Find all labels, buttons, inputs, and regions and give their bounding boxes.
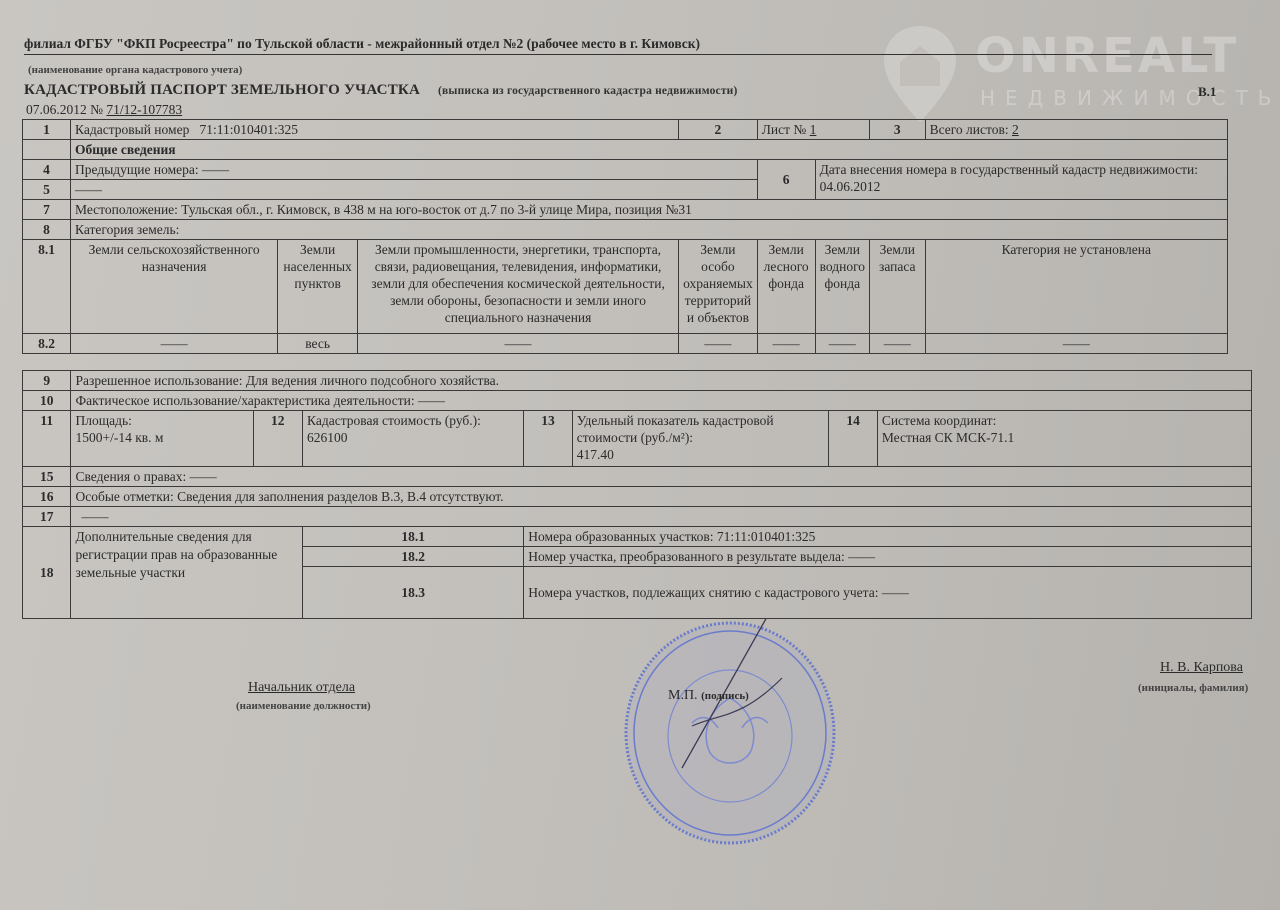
organization-caption: (наименование органа кадастрового учета): [28, 64, 242, 76]
category-water: Земли водного фонда: [815, 240, 869, 334]
row-9: 9 Разрешенное использование: Для ведения…: [23, 371, 1252, 391]
value-forest: ——: [757, 334, 815, 354]
document-date: 07.06.2012 № 71/12-107783: [26, 102, 182, 118]
deregistered-plots-cell: Номера участков, подлежащих снятию с кад…: [524, 567, 1252, 619]
value-water: ——: [815, 334, 869, 354]
row-num: 13: [524, 411, 572, 467]
signatory-position: Начальник отдела: [248, 680, 355, 696]
row-4: 4 Предыдущие номера: —— 6 Дата внесения …: [23, 160, 1228, 180]
row-num-empty: [23, 140, 71, 160]
row-num: 3: [870, 120, 926, 140]
cadastral-number-value: 71:11:010401:325: [199, 122, 298, 137]
previous-numbers-label: Предыдущие номера:: [75, 162, 199, 177]
row-num: 9: [23, 371, 71, 391]
row-num: 8: [23, 220, 71, 240]
row-num: 8.2: [23, 334, 71, 354]
row-num: 7: [23, 200, 71, 220]
row-5-value: ——: [71, 180, 758, 200]
cadastral-value: 626100: [307, 429, 519, 446]
row-num: 11: [23, 411, 71, 467]
row-num: 1: [23, 120, 71, 140]
specific-value-label: Удельный показатель кадастровой стоимост…: [577, 412, 825, 446]
row-num: 12: [253, 411, 303, 467]
cadastral-table-bottom: 9 Разрешенное использование: Для ведения…: [22, 370, 1252, 619]
row-num: 18.3: [303, 567, 524, 619]
coordinate-system-value: Местная СК МСК-71.1: [882, 429, 1247, 446]
total-sheets-label: Всего листов:: [930, 122, 1009, 137]
row-8-2: 8.2 —— весь —— —— —— —— —— ——: [23, 334, 1228, 354]
cadastral-number-label: Кадастровый номер: [75, 122, 189, 137]
seal-mark: М.П.: [668, 688, 698, 703]
document-number: 71/12-107783: [106, 102, 182, 117]
location-cell: Местоположение: Тульская обл., г. Кимовс…: [71, 200, 1228, 220]
rights-info-cell: Сведения о правах: ——: [71, 467, 1252, 487]
coordinate-system-cell: Система координат: Местная СК МСК-71.1: [877, 411, 1251, 467]
total-sheets-cell: Всего листов: 2: [925, 120, 1227, 140]
previous-numbers-cell: Предыдущие номера: ——: [71, 160, 758, 180]
cadastral-value-label: Кадастровая стоимость (руб.):: [307, 412, 519, 429]
official-stamp-icon: [622, 618, 838, 848]
value-protected: ——: [679, 334, 758, 354]
additional-info-label: Дополнительные сведения для регистрации …: [71, 527, 303, 619]
transformed-plot-cell: Номер участка, преобразованного в резуль…: [524, 547, 1252, 567]
signatory-name-caption: (инициалы, фамилия): [1138, 682, 1248, 694]
category-settlements: Земли населенных пунктов: [278, 240, 358, 334]
area-value: 1500+/-14 кв. м: [75, 429, 248, 446]
actual-use-cell: Фактическое использование/характеристика…: [71, 391, 1252, 411]
row-1: 1 Кадастровый номер 71:11:010401:325 2 Л…: [23, 120, 1228, 140]
row-num: 6: [757, 160, 815, 200]
category-forest: Земли лесного фонда: [757, 240, 815, 334]
formed-plots-cell: Номера образованных участков: 71:11:0104…: [524, 527, 1252, 547]
value-reserve: ——: [870, 334, 926, 354]
row-7: 7 Местоположение: Тульская обл., г. Кимо…: [23, 200, 1228, 220]
specific-value: 417.40: [577, 446, 825, 463]
row-18-1: 18 Дополнительные сведения для регистрац…: [23, 527, 1252, 547]
cadastral-table-top: 1 Кадастровый номер 71:11:010401:325 2 Л…: [22, 119, 1228, 354]
total-sheets-value: 2: [1012, 122, 1019, 137]
organization-name: филиал ФГБУ "ФКП Росреестра" по Тульской…: [24, 36, 1212, 55]
row-num: 14: [829, 411, 877, 467]
signature-caption: (подпись): [701, 690, 749, 702]
value-agricultural: ——: [71, 334, 278, 354]
row-num: 18.1: [303, 527, 524, 547]
row-num: 8.1: [23, 240, 71, 334]
section-code: В.1: [1198, 84, 1216, 100]
row-num: 18.2: [303, 547, 524, 567]
row-8-1: 8.1 Земли сельскохозяйственного назначен…: [23, 240, 1228, 334]
row-15: 15 Сведения о правах: ——: [23, 467, 1252, 487]
registration-date-cell: Дата внесения номера в государственный к…: [815, 160, 1227, 200]
document-title: КАДАСТРОВЫЙ ПАСПОРТ ЗЕМЕЛЬНОГО УЧАСТКА (…: [24, 82, 738, 99]
cadastral-value-cell: Кадастровая стоимость (руб.): 626100: [303, 411, 524, 467]
signatory-position-caption: (наименование должности): [236, 700, 371, 712]
row-num: 4: [23, 160, 71, 180]
area-cell: Площадь: 1500+/-14 кв. м: [71, 411, 253, 467]
row-num: 17: [23, 507, 71, 527]
sheet-number-cell: Лист № 1: [757, 120, 869, 140]
row-num: 10: [23, 391, 71, 411]
category-not-set: Категория не установлена: [925, 240, 1227, 334]
specific-value-cell: Удельный показатель кадастровой стоимост…: [572, 411, 829, 467]
sheet-label: Лист №: [762, 122, 807, 137]
special-notes-cell: Особые отметки: Сведения для заполнения …: [71, 487, 1252, 507]
title-text: КАДАСТРОВЫЙ ПАСПОРТ ЗЕМЕЛЬНОГО УЧАСТКА: [24, 82, 420, 98]
row-num: 5: [23, 180, 71, 200]
date-text: 07.06.2012 №: [26, 102, 103, 117]
cadastral-number-cell: Кадастровый номер 71:11:010401:325: [71, 120, 679, 140]
title-subtitle: (выписка из государственного кадастра не…: [438, 85, 738, 97]
land-category-label: Категория земель:: [71, 220, 1228, 240]
row-11-14: 11 Площадь: 1500+/-14 кв. м 12 Кадастров…: [23, 411, 1252, 467]
coordinate-system-label: Система координат:: [882, 412, 1247, 429]
row-8: 8 Категория земель:: [23, 220, 1228, 240]
category-reserve: Земли запаса: [870, 240, 926, 334]
seal-placement: М.П. (подпись): [668, 688, 749, 704]
area-label: Площадь:: [75, 412, 248, 429]
row-17-value: ——: [71, 507, 1252, 527]
previous-numbers-value: ——: [202, 162, 229, 177]
category-industry: Земли промышленности, энергетики, трансп…: [358, 240, 679, 334]
value-industry: ——: [358, 334, 679, 354]
value-settlements: весь: [278, 334, 358, 354]
category-agricultural: Земли сельскохозяйственного назначения: [71, 240, 278, 334]
row-16: 16 Особые отметки: Сведения для заполнен…: [23, 487, 1252, 507]
value-not-set: ——: [925, 334, 1227, 354]
signatory-name: Н. В. Карпова: [1160, 660, 1243, 676]
category-protected: Земли особо охраняемых территорий и объе…: [679, 240, 758, 334]
watermark-tagline: НЕДВИЖИМОСТЬ: [980, 86, 1280, 110]
row-general: Общие сведения: [23, 140, 1228, 160]
row-num: 2: [679, 120, 758, 140]
general-info-heading: Общие сведения: [71, 140, 1228, 160]
permitted-use-cell: Разрешенное использование: Для ведения л…: [71, 371, 1252, 391]
sheet-value: 1: [810, 122, 817, 137]
row-num: 16: [23, 487, 71, 507]
row-10: 10 Фактическое использование/характерист…: [23, 391, 1252, 411]
row-num: 15: [23, 467, 71, 487]
row-num: 18: [23, 527, 71, 619]
row-17: 17 ——: [23, 507, 1252, 527]
